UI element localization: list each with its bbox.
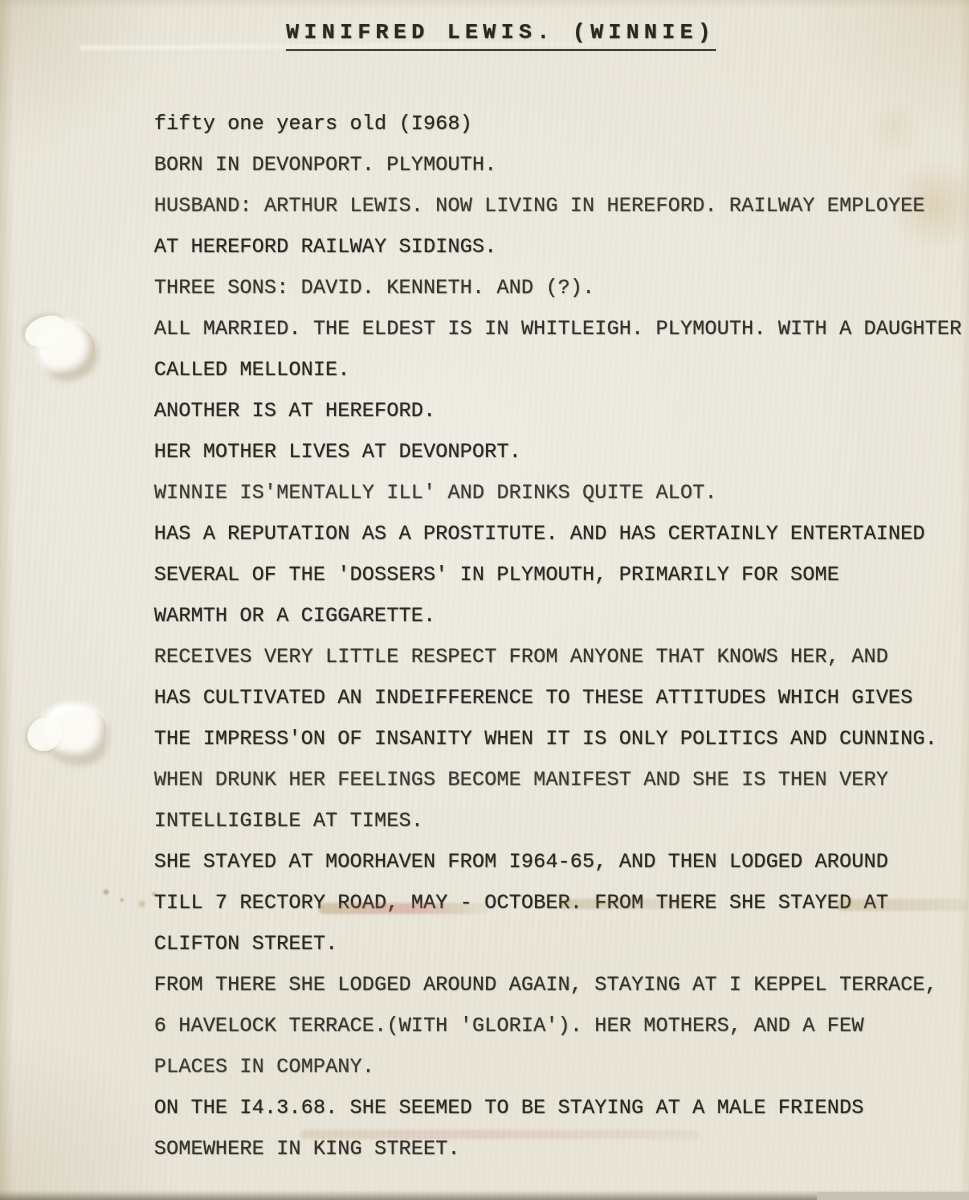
page-title-text: WINIFRED LEWIS. (WINNIE) [286,21,716,51]
typewritten-line: CLIFTON STREET. [154,924,969,965]
page-title: WINIFRED LEWIS. (WINNIE) [0,0,969,51]
document-body: fifty one years old (I968) BORN IN DEVON… [154,104,969,1170]
typewritten-line: SEVERAL OF THE 'DOSSERS' IN PLYMOUTH, PR… [154,555,969,596]
typewritten-line: THREE SONS: DAVID. KENNETH. AND (?). [154,268,969,309]
typewritten-line: ON THE I4.3.68. SHE SEEMED TO BE STAYING… [154,1088,969,1129]
typewritten-line: SHE STAYED AT MOORHAVEN FROM I964-65, AN… [154,842,969,883]
typewritten-line: RECEIVES VERY LITTLE RESPECT FROM ANYONE… [154,637,969,678]
typewritten-line: WARMTH OR A CIGGARETTE. [154,596,969,637]
typewritten-line: HUSBAND: ARTHUR LEWIS. NOW LIVING IN HER… [154,186,969,227]
typewritten-line: HER MOTHER LIVES AT DEVONPORT. [154,432,969,473]
typewritten-line: THE IMPRESS'ON OF INSANITY WHEN IT IS ON… [154,719,969,760]
typewritten-line: ALL MARRIED. THE ELDEST IS IN WHITLEIGH.… [154,309,969,350]
paper-hole-top [36,318,100,381]
page-bottom-corner [817,1192,969,1200]
typewritten-line: HAS A REPUTATION AS A PROSTITUTE. AND HA… [154,514,969,555]
typewritten-line: WHEN DRUNK HER FEELINGS BECOME MANIFEST … [154,760,969,801]
typewritten-line: WINNIE IS'MENTALLY ILL' AND DRINKS QUITE… [154,473,969,514]
typewritten-line: BORN IN DEVONPORT. PLYMOUTH. [154,145,969,186]
typewritten-document-page: WINIFRED LEWIS. (WINNIE) fifty one years… [0,0,969,1200]
typewritten-line: AT HEREFORD RAILWAY SIDINGS. [154,227,969,268]
typewritten-line: ANOTHER IS AT HEREFORD. [154,391,969,432]
typewritten-line: TILL 7 RECTORY ROAD, MAY - OCTOBER. FROM… [154,883,969,924]
typewritten-line: 6 HAVELOCK TERRACE.(WITH 'GLORIA'). HER … [154,1006,969,1047]
paper-hole-bottom [39,703,108,763]
typewritten-line: INTELLIGIBLE AT TIMES. [154,801,969,842]
typewritten-line: CALLED MELLONIE. [154,350,969,391]
typewritten-line: HAS CULTIVATED AN INDEIFFERENCE TO THESE… [154,678,969,719]
typewritten-line: fifty one years old (I968) [154,104,969,145]
typewritten-line: FROM THERE SHE LODGED AROUND AGAIN, STAY… [154,965,969,1006]
typewritten-line: PLACES IN COMPANY. [154,1047,969,1088]
typewritten-line: SOMEWHERE IN KING STREET. [154,1129,969,1170]
